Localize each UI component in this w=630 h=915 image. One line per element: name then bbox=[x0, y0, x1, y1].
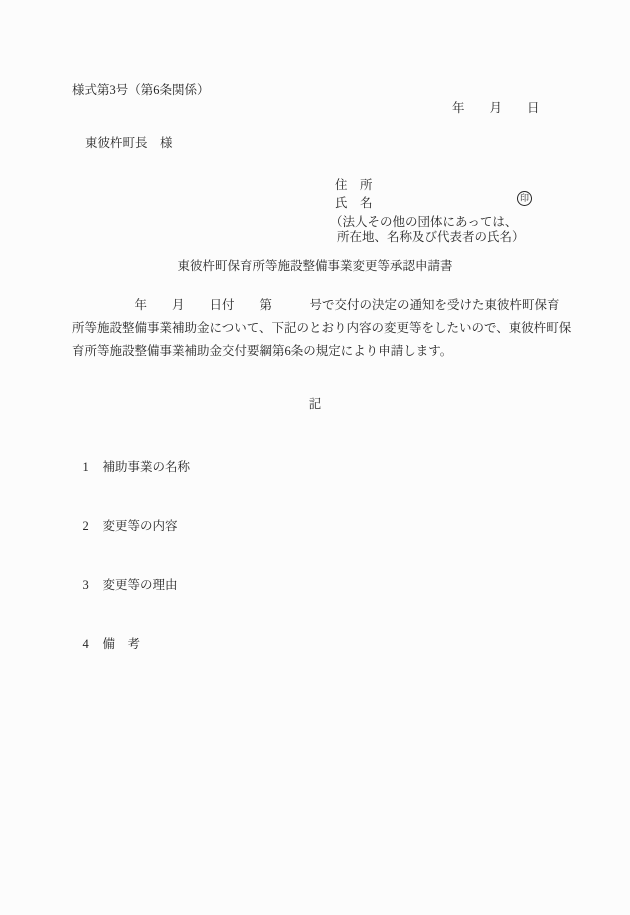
seal-mark-icon: 印 bbox=[517, 191, 532, 206]
list-item-4: 4備 考 bbox=[70, 625, 140, 663]
list-item-3-label: 変更等の理由 bbox=[103, 578, 178, 592]
list-item-1-number: 1 bbox=[83, 461, 103, 474]
list-item-2-number: 2 bbox=[83, 520, 103, 533]
applicant-name-label: 氏 名 bbox=[335, 197, 373, 210]
corporate-note-line1: （法人その他の団体にあっては、 bbox=[330, 216, 517, 229]
date-line-top: 年 月 日 bbox=[452, 102, 540, 115]
form-number: 様式第3号（第6条関係） bbox=[72, 84, 210, 97]
document-page: 様式第3号（第6条関係） 年 月 日 東彼杵町長 様 住 所 氏 名 印 （法人… bbox=[0, 0, 630, 915]
list-item-4-label: 備 考 bbox=[103, 637, 141, 651]
seal-character: 印 bbox=[520, 194, 529, 203]
body-paragraph-line1: 年 月 日付 第 号で交付の決定の通知を受けた東彼杵町保育 bbox=[72, 299, 560, 312]
corporate-note-line2: 所在地、名称及び代表者の氏名） bbox=[337, 231, 525, 244]
list-item-3-number: 3 bbox=[83, 579, 103, 592]
list-item-1: 1補助事業の名称 bbox=[70, 448, 190, 486]
addressee: 東彼杵町長 様 bbox=[85, 137, 173, 150]
list-item-1-label: 補助事業の名称 bbox=[103, 460, 191, 474]
list-item-2-label: 変更等の内容 bbox=[103, 519, 178, 533]
list-item-2: 2変更等の内容 bbox=[70, 507, 178, 545]
applicant-address-label: 住 所 bbox=[335, 179, 373, 192]
document-title: 東彼杵町保育所等施設整備事業変更等承認申請書 bbox=[0, 260, 630, 273]
body-paragraph-line2: 所等施設整備事業補助金について、下記のとおり内容の変更等をしたいので、東彼杵町保 bbox=[72, 322, 571, 335]
list-item-4-number: 4 bbox=[83, 638, 103, 651]
body-paragraph-line3: 育所等施設整備事業補助金交付要綱第6条の規定により申請します。 bbox=[72, 345, 452, 358]
ki-section-marker: 記 bbox=[0, 398, 630, 411]
list-item-3: 3変更等の理由 bbox=[70, 566, 178, 604]
